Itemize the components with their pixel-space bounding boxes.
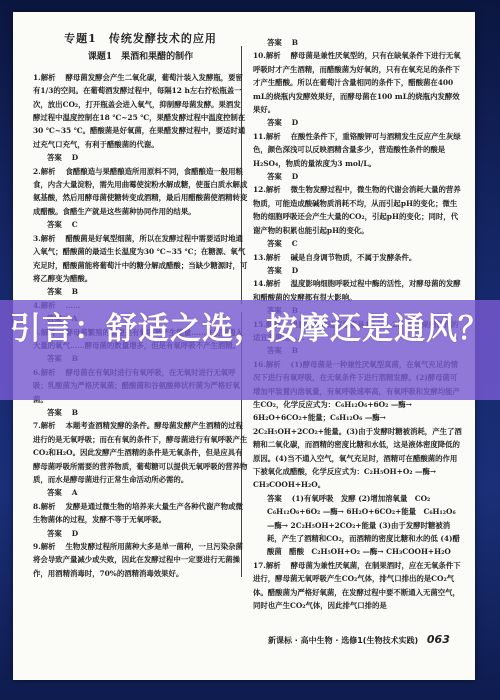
explanation-text: 酵母菌是兼性厌氧型的，只有在缺氧条件下进行无氧呼吸时才产生酒精，而醋酸菌为好氧的… (253, 51, 461, 114)
explanation-text: 生物发酵过程所用菌种大多是单一菌种，一旦污染杂菌将会导致产量减少或失败，因此在发… (33, 542, 243, 578)
explanation-text: 醋酸菌是好氧型细菌，所以在发酵过程中需要适时地通入氧气；醋酸菌的最适生长温度为3… (33, 234, 247, 283)
explanation-label: 解析 (266, 253, 281, 262)
item-number: 10. (253, 51, 266, 60)
answer-line: 答案D (253, 116, 463, 129)
item-number: 1. (33, 73, 41, 82)
explanation-label: 解析 (41, 73, 56, 82)
explanation-label: 解析 (41, 542, 56, 551)
headline-text: 引言：舒适之选，按摩还是通风？ (0, 310, 500, 348)
answer-value: D (292, 118, 298, 127)
answer-line: 答案B (33, 406, 248, 419)
answer-item: 1.解析酵母菌发酵会产生二氧化碳，葡萄汁装入发酵瓶，要留有1/3的空间。在葡萄酒… (33, 71, 248, 165)
answer-label: 答案 (267, 239, 282, 248)
footer-text: 新课标 · 高中生物 · 选修1(生物技术实践) (268, 636, 418, 645)
explanation-label: 解析 (266, 561, 281, 570)
page-footer: 新课标 · 高中生物 · 选修1(生物技术实践) 063 (268, 633, 450, 646)
answer-value: B (72, 287, 78, 296)
answer-line: 答案C (253, 237, 463, 250)
document-subtitle: 课题1 果酒和果醋的制作 (33, 51, 248, 64)
answer-label: 答案 (267, 118, 282, 127)
explanation-text: 食醋酿造与果醋酿造所用原料不同，食醋酿造一般用粮食，内含大量淀粉，需先用曲霉使淀… (33, 167, 247, 216)
answer-line: 答案B (253, 36, 463, 49)
explanation-text: 碱是自身调节物质，不属于发酵条件。 (291, 253, 417, 262)
document-title: 专题1 传统发酵技术的应用 (33, 32, 248, 45)
explanation: 2.解析食醋酿造与果醋酿造所用原料不同，食醋酿造一般用粮食，内含大量淀粉，需先用… (33, 165, 248, 219)
explanation-label: 解析 (266, 132, 281, 141)
answer-label: 答案 (47, 529, 62, 538)
page-number: 063 (427, 633, 450, 646)
item-number: 11. (253, 132, 266, 141)
explanation: 11.解析在酸性条件下，重铬酸钾可与酒精发生反应产生灰绿色，颜色深浅可以反映酒精… (253, 130, 463, 170)
answer-line: 答案D (253, 264, 463, 277)
answer-label: 答案 (267, 172, 282, 181)
explanation: 3.解析醋酸菌是好氧型细菌，所以在发酵过程中需要适时地通入氧气；醋酸菌的最适生长… (33, 232, 248, 286)
answer-item: 答案B (253, 36, 463, 49)
explanation-text: 酵母菌为兼性厌氧菌，在制果酒时，应在无氧条件下进行，酵母菌无氧呼吸产生CO₂气体… (253, 561, 461, 610)
explanation-text: 微生物发酵过程中，微生物的代谢会消耗大量的营养物质，可能造成酸碱物质消耗不均，从… (253, 185, 461, 234)
answer-line: 答案B (33, 285, 248, 298)
answer-label: 答案 (267, 38, 282, 47)
answer-value: D (292, 266, 298, 275)
explanation: 12.解析微生物发酵过程中，微生物的代谢会消耗大量的营养物质，可能造成酸碱物质消… (253, 183, 463, 237)
item-number: 13. (253, 253, 266, 262)
item-number: 14. (253, 279, 266, 288)
explanation: 7.解析本题考查酒精发酵的条件。酵母菌发酵产生酒精的过程进行的是无氧呼吸；而在有… (33, 419, 248, 486)
answer-label: 答案 (267, 266, 282, 275)
answer-line: 答案D (33, 527, 248, 540)
item-number: 3. (33, 234, 41, 243)
explanation-label: 解析 (41, 502, 56, 511)
answer-item: 11.解析在酸性条件下，重铬酸钾可与酒精发生反应产生灰绿色，颜色深浅可以反映酒精… (253, 130, 463, 184)
explanation: 10.解析酵母菌是兼性厌氧型的，只有在缺氧条件下进行无氧呼吸时才产生酒精，而醋酸… (253, 49, 463, 116)
answer-label: 答案 (47, 488, 62, 497)
answer-item: 9.解析生物发酵过程所用菌种大多是单一菌种，一旦污染杂菌将会导致产量减少或失败，… (33, 540, 248, 580)
item-number: 12. (253, 185, 266, 194)
item-number: 2. (33, 167, 41, 176)
explanation-text: 发酵是通过微生物的培养来大量生产各种代谢产物或微生物菌体的过程，发酵不等于无氧呼… (33, 502, 243, 524)
explanation: 17.解析酵母菌为兼性厌氧菌，在制果酒时，应在无氧条件下进行，酵母菌无氧呼吸产生… (253, 559, 463, 613)
explanation: 13.解析碱是自身调节物质，不属于发酵条件。 (253, 251, 463, 264)
explanation-label: 解析 (266, 279, 281, 288)
answer-line: 答案D (33, 151, 248, 164)
answer-item: 13.解析碱是自身调节物质，不属于发酵条件。 答案D (253, 251, 463, 278)
answer-value: B (72, 408, 78, 417)
answer-item: 12.解析微生物发酵过程中，微生物的代谢会消耗大量的营养物质，可能造成酸碱物质消… (253, 183, 463, 250)
explanation-label: 解析 (41, 234, 56, 243)
answer-label: 答案 (47, 408, 62, 417)
item-number: 7. (33, 421, 41, 430)
answer-label: 答案 (47, 220, 62, 229)
answer-item: 7.解析本题考查酒精发酵的条件。酵母菌发酵产生酒精的过程进行的是无氧呼吸；而在有… (33, 419, 248, 499)
answer-item: 3.解析醋酸菌是好氧型细菌，所以在发酵过程中需要适时地通入氧气；醋酸菌的最适生长… (33, 232, 248, 299)
explanation-text: 温度影响细胞呼吸过程中酶的活性，对酵母菌的发酵和醋酸菌的发酵都有很大影响。 (253, 279, 461, 301)
item-number: 9. (33, 542, 41, 551)
answer-value: A (72, 488, 78, 497)
explanation-label: 解析 (266, 51, 281, 60)
explanation: 8.解析发酵是通过微生物的培养来大量生产各种代谢产物或微生物菌体的过程，发酵不等… (33, 500, 248, 527)
answer-value: (1)有氧呼吸 发酵 (2)增加溶氧量 CO₂ C₆H₁₂O₆+6O₂ —酶→ … (267, 494, 460, 557)
answer-label: 答案 (47, 153, 62, 162)
explanation: 9.解析生物发酵过程所用菌种大多是单一菌种，一旦污染杂菌将会导致产量减少或失败，… (33, 540, 248, 580)
explanation-text: 在酸性条件下，重铬酸钾可与酒精发生反应产生灰绿色，颜色深浅可以反映酒精含量多少，… (253, 132, 461, 168)
answer-item: 8.解析发酵是通过微生物的培养来大量生产各种代谢产物或微生物菌体的过程，发酵不等… (33, 500, 248, 540)
answer-item: 2.解析食醋酿造与果醋酿造所用原料不同，食醋酿造一般用粮食，内含大量淀粉，需先用… (33, 165, 248, 232)
answer-line: 答案C (33, 218, 248, 231)
answer-value: C (292, 239, 298, 248)
answer-line: 答案(1)有氧呼吸 发酵 (2)增加溶氧量 CO₂ C₆H₁₂O₆+6O₂ —酶… (253, 492, 463, 559)
answer-line: 答案A (33, 486, 248, 499)
explanation-label: 解析 (266, 185, 281, 194)
answer-label: 答案 (267, 494, 282, 503)
item-number: 8. (33, 502, 41, 511)
item-number: 17. (253, 561, 266, 570)
answer-value: B (292, 38, 298, 47)
answer-item: 17.解析酵母菌为兼性厌氧菌，在制果酒时，应在无氧条件下进行，酵母菌无氧呼吸产生… (253, 559, 463, 613)
answer-value: C (72, 220, 78, 229)
explanation-text: 酵母菌发酵会产生二氧化碳，葡萄汁装入发酵瓶，要留有1/3的空间。在葡萄酒发酵过程… (33, 73, 245, 149)
answer-value: D (72, 153, 78, 162)
answer-line: 答案D (253, 170, 463, 183)
answer-item: 10.解析酵母菌是兼性厌氧型的，只有在缺氧条件下进行无氧呼吸时才产生酒精，而醋酸… (253, 49, 463, 129)
explanation-text: 本题考查酒精发酵的条件。酵母菌发酵产生酒精的过程进行的是无氧呼吸；而在有氧的条件… (33, 421, 247, 484)
explanation: 1.解析酵母菌发酵会产生二氧化碳，葡萄汁装入发酵瓶，要留有1/3的空间。在葡萄酒… (33, 71, 248, 151)
answer-label: 答案 (47, 287, 62, 296)
answer-value: D (72, 529, 78, 538)
explanation-label: 解析 (41, 167, 56, 176)
explanation-label: 解析 (41, 421, 56, 430)
answer-value: D (292, 172, 298, 181)
